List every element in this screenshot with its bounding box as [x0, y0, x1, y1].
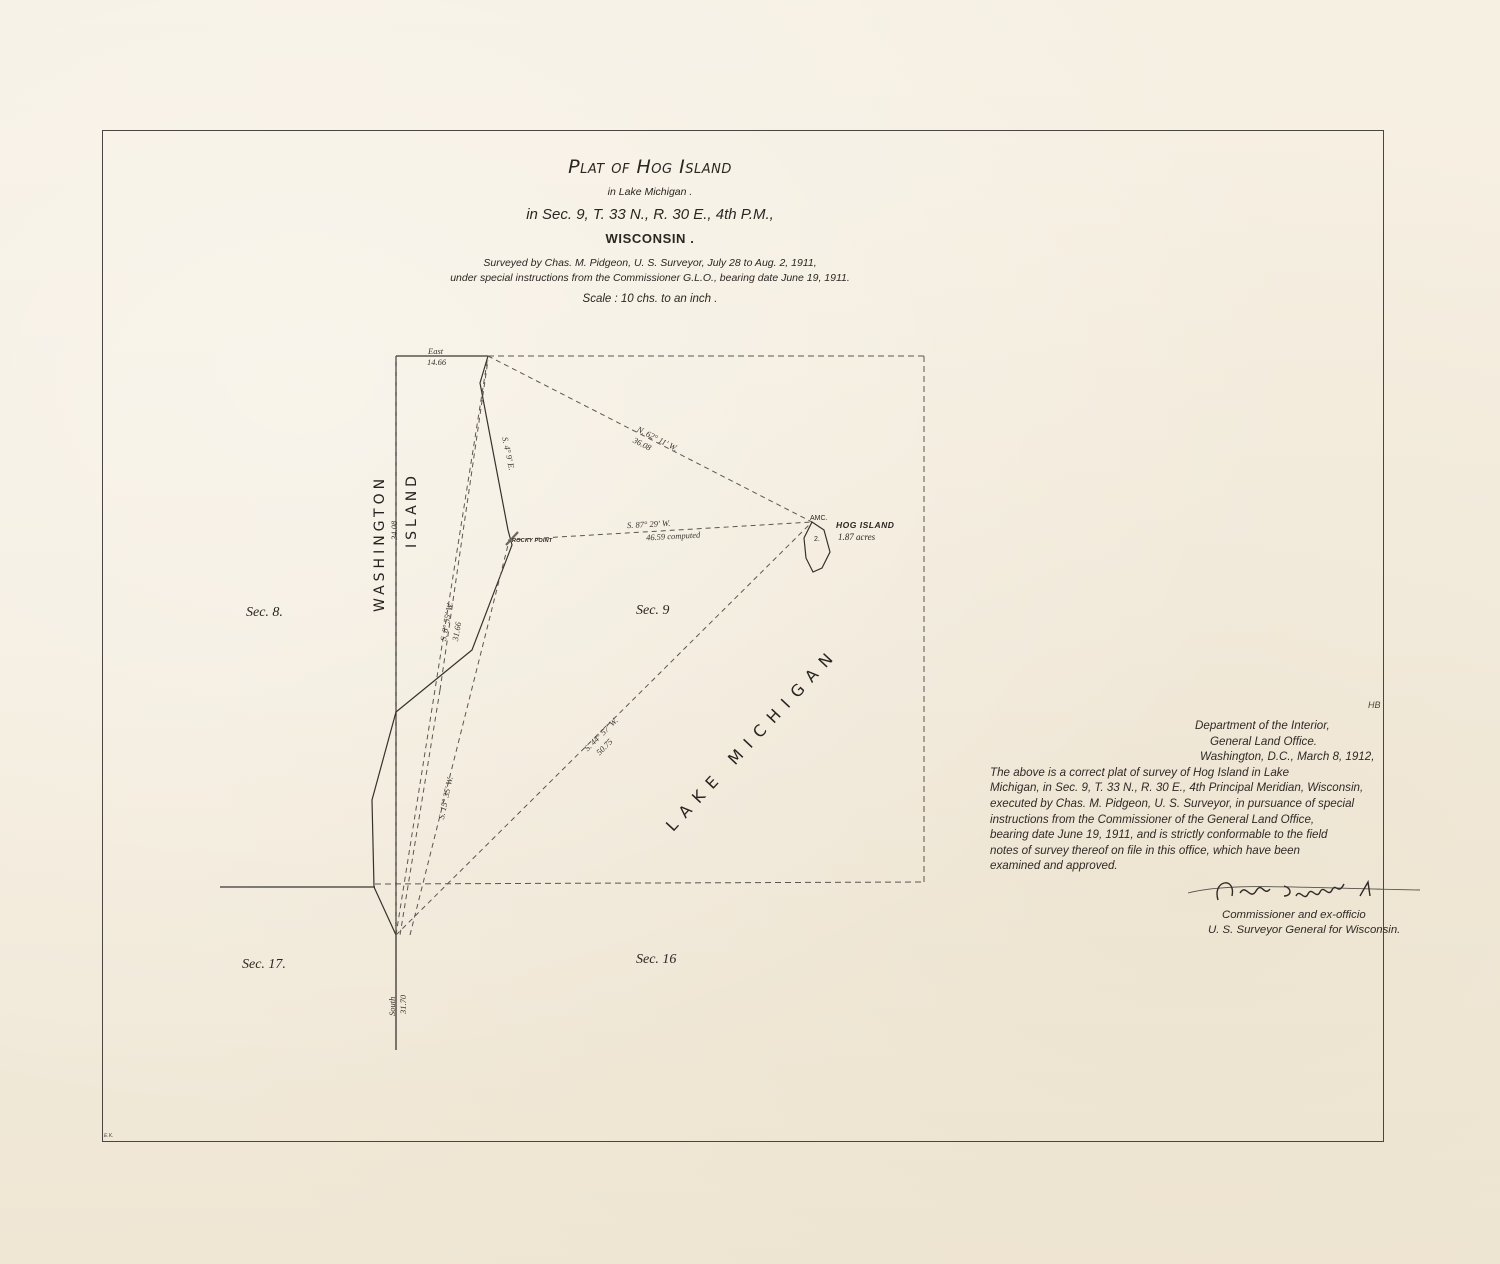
north-line-bearing: East [428, 346, 443, 356]
cert-body-line: executed by Chas. M. Pidgeon, U. S. Surv… [985, 796, 1385, 812]
course-s8w-lower [400, 690, 440, 935]
island-label: ISLAND [404, 472, 420, 548]
course-rocky-south [410, 545, 508, 935]
hog-island-outline [804, 522, 830, 572]
signer-title-line-1: Commissioner and ex-officio [1208, 908, 1400, 923]
section-label-16: Sec. 16 [636, 952, 676, 968]
signer-title-line-2: U. S. Surveyor General for Wisconsin. [1208, 923, 1400, 938]
lot-number: 2. [814, 536, 820, 543]
clerk-initials: HB [1368, 700, 1381, 710]
south-line-bearing: South [387, 997, 397, 1016]
section-label-17: Sec. 17. [242, 957, 286, 973]
signature-underline [1188, 887, 1420, 893]
cert-body-line: examined and approved. [985, 858, 1385, 874]
cert-body-line: instructions from the Commissioner of th… [985, 812, 1385, 828]
cert-department: Department of the Interior, [985, 718, 1385, 734]
south-line-dashed [375, 882, 924, 884]
cert-body-line: notes of survey thereof on file in this … [985, 843, 1385, 859]
plat-drawing [0, 0, 1500, 1264]
cert-body-line: The above is a correct plat of survey of… [985, 765, 1385, 781]
cert-body-line: Michigan, in Sec. 9, T. 33 N., R. 30 E.,… [985, 780, 1385, 796]
south-line-distance: 31.70 [398, 995, 408, 1014]
section-label-8: Sec. 8. [246, 605, 283, 621]
monument-label: AMC. [810, 515, 828, 522]
washington-distance: 34.08 [389, 521, 399, 540]
cert-office: General Land Office. [985, 734, 1385, 750]
draftsman-mark: E.K. [104, 1133, 113, 1139]
certificate-block: Department of the Interior, General Land… [985, 718, 1385, 874]
north-line-distance: 14.66 [427, 357, 446, 367]
washington-label: WASHINGTON [372, 475, 388, 612]
section-label-9: Sec. 9 [636, 603, 669, 619]
cert-body: The above is a correct plat of survey of… [985, 765, 1385, 874]
signature-mark [1217, 882, 1370, 900]
hog-island-area: 1.87 acres [838, 532, 875, 542]
cert-body-line: bearing date June 19, 1911, and is stric… [985, 827, 1385, 843]
signer-title: Commissioner and ex-officio U. S. Survey… [1208, 908, 1400, 938]
hog-island-label: HOG ISLAND [836, 520, 894, 530]
rocky-point-label: ROCKY POINT [512, 538, 552, 544]
cert-place-date: Washington, D.C., March 8, 1912, [985, 749, 1385, 765]
washington-island-shoreline [372, 356, 512, 935]
